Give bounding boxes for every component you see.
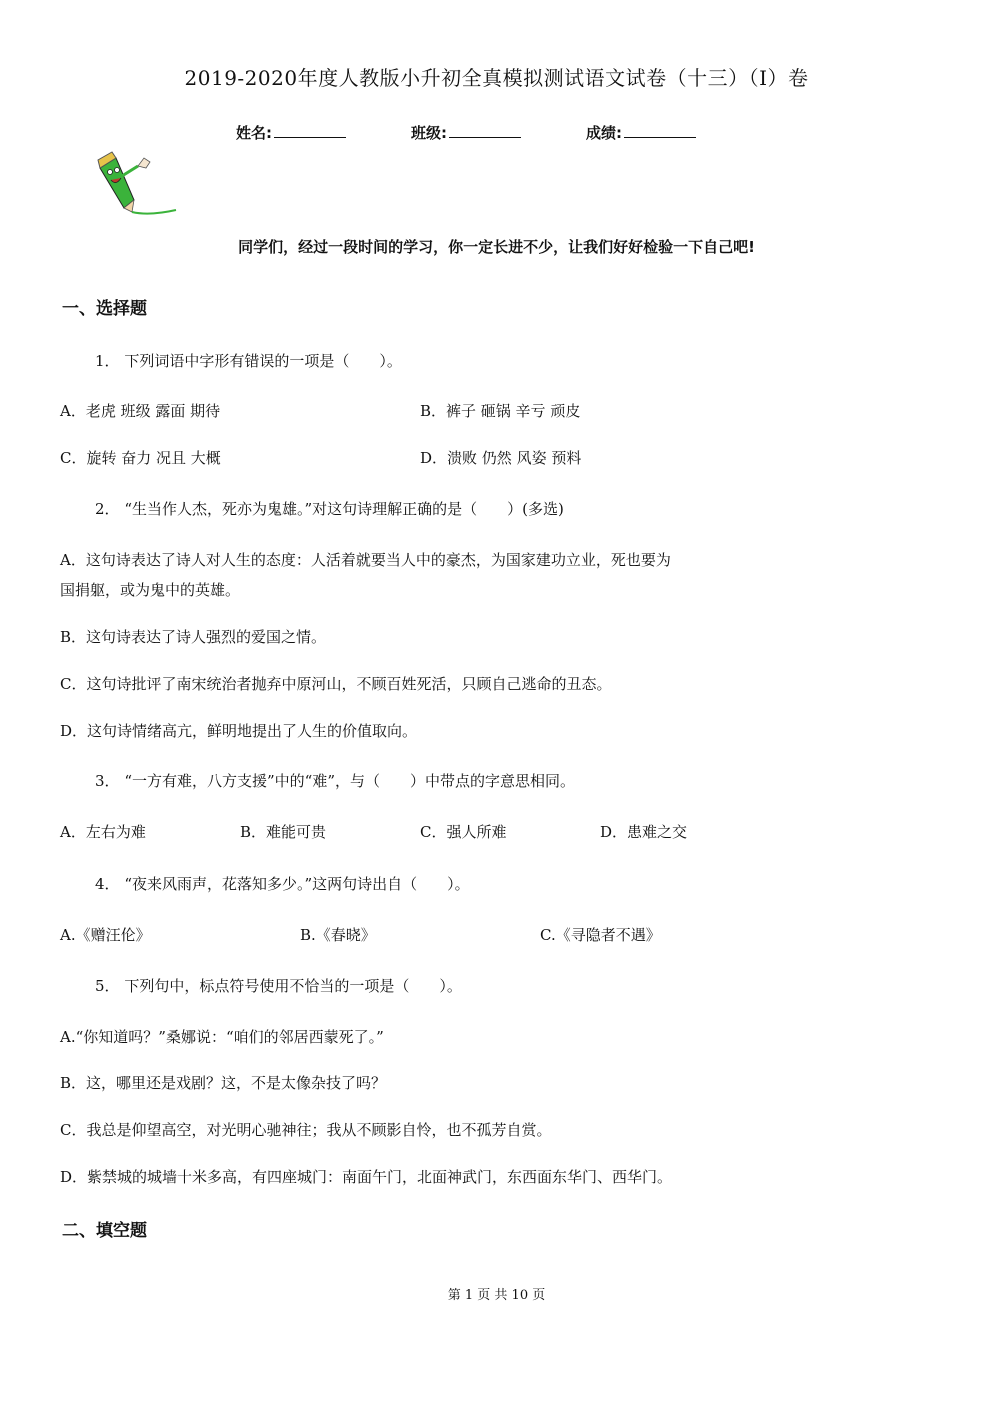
q1-option-d[interactable]: D．溃败 仍然 风姿 预料 — [420, 447, 581, 468]
q2-option-d[interactable]: D．这句诗情绪高亢，鲜明地提出了人生的价值取向。 — [60, 720, 417, 741]
question-stem: 下列句中，标点符号使用不恰当的一项是（ ）。 — [124, 977, 462, 995]
q4-option-b[interactable]: B.《春晓》 — [300, 924, 376, 945]
section-title-choice: 一、选择题 — [62, 294, 147, 319]
q1-option-c[interactable]: C．旋转 奋力 况且 大概 — [60, 447, 221, 468]
question-number: 5． — [95, 977, 120, 995]
q3-option-d[interactable]: D．患难之交 — [600, 821, 687, 842]
class-label: 班级: — [411, 124, 447, 142]
question-3: 3． “一方有难，八方支援”中的“难”，与（ ）中带点的字意思相同。 — [95, 770, 575, 791]
question-number: 1． — [95, 352, 120, 370]
greeting-text: 同学们，经过一段时间的学习，你一定长进不少，让我们好好检验一下自己吧! — [0, 236, 993, 257]
q2-option-b[interactable]: B．这句诗表达了诗人强烈的爱国之情。 — [60, 626, 326, 647]
q3-option-b[interactable]: B．难能可贵 — [240, 821, 326, 842]
q5-option-d[interactable]: D．紫禁城的城墙十米多高，有四座城门：南面午门，北面神武门，东西面东华门、西华门… — [60, 1166, 672, 1187]
class-blank[interactable] — [449, 123, 521, 138]
class-field[interactable]: 班级: — [411, 122, 521, 143]
exam-title: 2019-2020年度人教版小升初全真模拟测试语文试卷（十三）（I）卷 — [0, 62, 993, 91]
q2-option-a[interactable]: A．这句诗表达了诗人对人生的态度：人活着就要当人中的豪杰，为国家建功立业，死也要… — [60, 549, 671, 570]
q1-option-b[interactable]: B．裤子 砸锅 辛亏 顽皮 — [420, 400, 580, 421]
q5-option-a[interactable]: A.“你知道吗？”桑娜说：“咱们的邻居西蒙死了。” — [60, 1026, 384, 1047]
pencil-mascot-icon — [94, 150, 180, 220]
name-blank[interactable] — [274, 123, 346, 138]
question-number: 2． — [95, 500, 120, 518]
q3-option-a[interactable]: A．左右为难 — [60, 821, 146, 842]
question-2: 2． “生当作人杰，死亦为鬼雄。”对这句诗理解正确的是（ ）(多选) — [95, 498, 564, 519]
question-1: 1． 下列词语中字形有错误的一项是（ ）。 — [95, 350, 402, 371]
question-stem: “生当作人杰，死亦为鬼雄。”对这句诗理解正确的是（ ）(多选) — [124, 500, 564, 518]
section-title-fill-blank: 二、填空题 — [62, 1216, 147, 1241]
score-field[interactable]: 成绩: — [586, 122, 696, 143]
score-label: 成绩: — [586, 124, 622, 142]
q3-option-c[interactable]: C．强人所难 — [420, 821, 506, 842]
question-number: 3． — [95, 772, 120, 790]
question-stem: 下列词语中字形有错误的一项是（ ）。 — [124, 352, 402, 370]
name-label: 姓名: — [236, 124, 272, 142]
q1-option-a[interactable]: A．老虎 班级 露面 期待 — [60, 400, 220, 421]
question-4: 4． “夜来风雨声，花落知多少。”这两句诗出自（ ）。 — [95, 873, 470, 894]
name-field[interactable]: 姓名: — [236, 122, 346, 143]
question-stem: “一方有难，八方支援”中的“难”，与（ ）中带点的字意思相同。 — [124, 772, 575, 790]
q2-option-c[interactable]: C．这句诗批评了南宋统治者抛弃中原河山，不顾百姓死活，只顾自己逃命的丑态。 — [60, 673, 611, 694]
question-number: 4． — [95, 875, 120, 893]
question-stem: “夜来风雨声，花落知多少。”这两句诗出自（ ）。 — [124, 875, 469, 893]
q4-option-c[interactable]: C.《寻隐者不遇》 — [540, 924, 661, 945]
q2-option-a-cont: 国捐躯，或为鬼中的英雄。 — [60, 579, 240, 600]
question-5: 5． 下列句中，标点符号使用不恰当的一项是（ ）。 — [95, 975, 462, 996]
q5-option-c[interactable]: C．我总是仰望高空，对光明心驰神往；我从不顾影自怜，也不孤芳自赏。 — [60, 1119, 551, 1140]
q4-option-a[interactable]: A.《赠汪伦》 — [60, 924, 151, 945]
q5-option-b[interactable]: B．这，哪里还是戏剧？这，不是太像杂技了吗？ — [60, 1072, 386, 1093]
score-blank[interactable] — [624, 123, 696, 138]
page-number: 第 1 页 共 10 页 — [0, 1284, 993, 1303]
